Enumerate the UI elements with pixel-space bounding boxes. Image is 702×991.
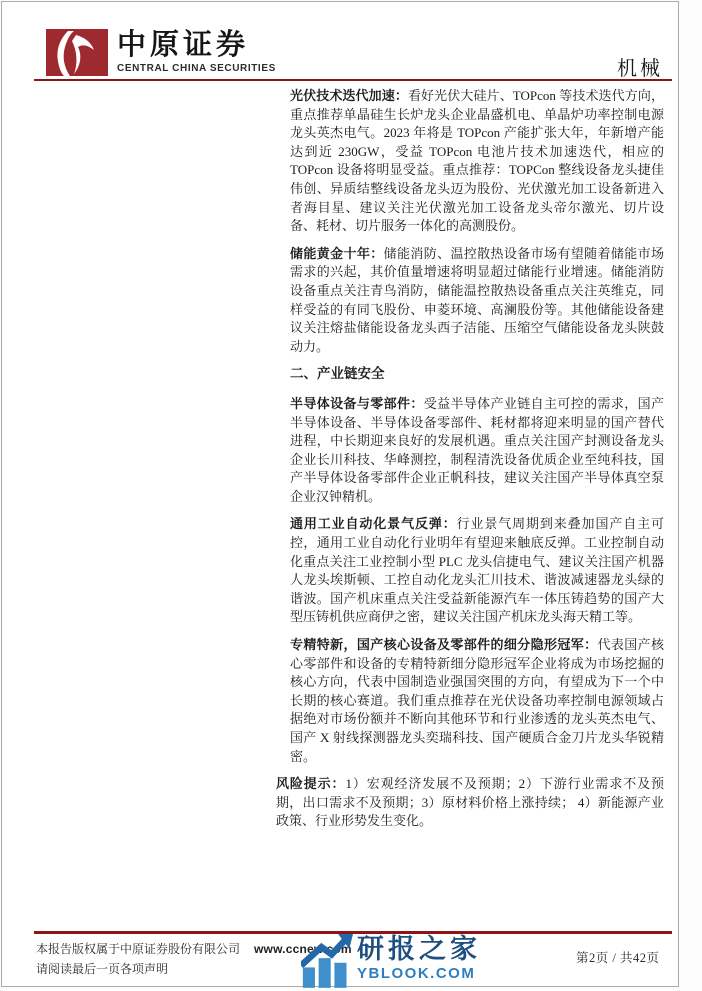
header-rule	[34, 79, 672, 81]
paragraph-automation: 通用工业自动化景气反弹：行业景气周期到来叠加国产自主可控，通用工业自动化行业明年…	[290, 515, 664, 627]
company-name-cn: 中原证券	[117, 29, 276, 61]
watermark-title: 研报之家	[357, 934, 481, 964]
watermark: 研报之家 YBLOOK.COM	[301, 934, 481, 988]
company-logo-icon	[46, 29, 108, 76]
report-body: 光伏技术迭代加速：看好光伏大硅片、TOPcon 等技术迭代方向，重点推荐单晶硅生…	[290, 87, 664, 840]
paragraph-lead: 半导体设备与零部件：	[290, 396, 424, 411]
paragraph-lead: 通用工业自动化景气反弹：	[290, 516, 457, 531]
paragraph-text: 储能消防、温控散热设备市场有望随着储能市场需求的兴起，其价值量增速将明显超过储能…	[290, 246, 664, 354]
paragraph-text: 受益半导体产业链自主可控的需求，国产半导体设备、半导体设备零部件、耗材都将迎来明…	[290, 396, 664, 504]
section-heading: 二、产业链安全	[290, 365, 664, 384]
bar-chart-arrow-icon	[301, 934, 353, 988]
company-name-en: CENTRAL CHINA SECURITIES	[117, 63, 276, 74]
industry-label: 机械	[617, 52, 663, 81]
paragraph-text: 代表国产核心零部件和设备的专精特新细分隐形冠军企业将成为市场挖掘的核心方向，代表…	[290, 637, 664, 764]
watermark-site: YBLOOK.COM	[357, 964, 481, 984]
paragraph-semiconductor: 半导体设备与零部件：受益半导体产业链自主可控的需求，国产半导体设备、半导体设备零…	[290, 395, 664, 507]
page-number: 第2页 / 共42页	[576, 948, 659, 966]
report-page: 中原证券 CENTRAL CHINA SECURITIES 机械 光伏技术迭代加…	[1, 1, 679, 987]
paragraph-solar: 光伏技术迭代加速：看好光伏大硅片、TOPcon 等技术迭代方向，重点推荐单晶硅生…	[290, 87, 664, 236]
copyright-text: 本报告版权属于中原证券股份有限公司	[36, 942, 240, 956]
paragraph-lead: 储能黄金十年：	[290, 246, 384, 261]
paragraph-lead: 专精特新，国产核心设备及零部件的细分隐形冠军：	[290, 637, 598, 652]
paragraph-risk: 风险提示：1）宏观经济发展不及预期；2）下游行业需求不及预期，出口需求不及预期；…	[276, 775, 664, 831]
paragraph-lead: 风险提示：	[276, 776, 345, 791]
paragraph-specialized: 专精特新，国产核心设备及零部件的细分隐形冠军：代表国产核心零部件和设备的专精特新…	[290, 636, 664, 766]
paragraph-text: 行业景气周期到来叠加国产自主可控，通用工业自动化行业明年有望迎来触底反弹。工业控…	[290, 516, 664, 624]
paragraph-lead: 光伏技术迭代加速：	[290, 88, 408, 103]
paragraph-text: 看好光伏大硅片、TOPcon 等技术迭代方向，重点推荐单晶硅生长炉龙头企业晶盛机…	[290, 88, 664, 233]
paragraph-storage: 储能黄金十年：储能消防、温控散热设备市场有望随着储能市场需求的兴起，其价值量增速…	[290, 245, 664, 357]
company-logo: 中原证券 CENTRAL CHINA SECURITIES	[46, 29, 276, 76]
